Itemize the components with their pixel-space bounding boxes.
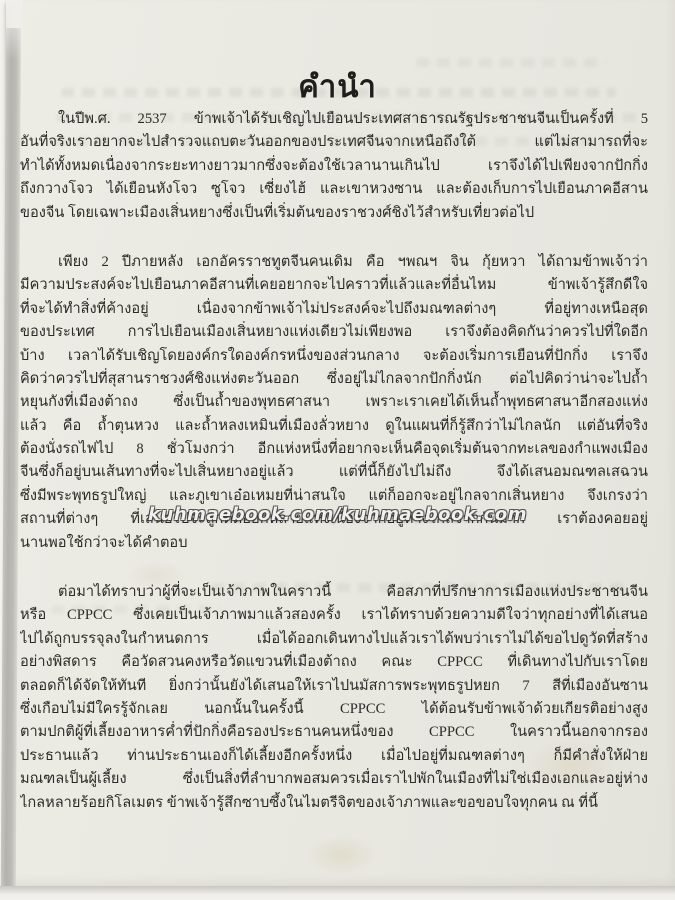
text-line: คิดว่าควรไปที่สุสานราชวงศ์ชิงแห่งตะวันออ… (20, 368, 648, 391)
text-line: ทำได้ทั้งหมดเนื่องจากระยะทางยาวมากซึ่งจะ… (20, 155, 648, 178)
page-title: คำนำ (0, 61, 675, 111)
text-line: อย่างพิสดาร คือวัดสวนคงหรือวัดแขวนที่เมื… (20, 651, 648, 674)
text-line: ที่จะได้ทำสิ่งที่ค้างอยู่ เนื่องจากข้าพเ… (20, 298, 648, 321)
body-text: ในปีพ.ศ. 2537 ข้าพเจ้าได้รับเชิญไปเยือนป… (20, 108, 648, 841)
text-line: ตามปกติผู้ที่เลี้ยงอาหารค่ำที่ปักกิ่งคือ… (20, 721, 648, 744)
text-line: ต้องนั่งรถไฟไป 8 ชั่วโมงกว่า อีกแห่งหนึ่… (20, 438, 648, 461)
paragraph: ในปีพ.ศ. 2537 ข้าพเจ้าได้รับเชิญไปเยือนป… (20, 108, 648, 225)
text-line: ในปีพ.ศ. 2537 ข้าพเจ้าได้รับเชิญไปเยือนป… (20, 108, 648, 131)
text-line: ต่อมาได้ทราบว่าผู้ที่จะเป็นเจ้าภาพในคราว… (20, 581, 648, 604)
text-line: ถึงกวางโจว ได้เยือนหังโจว ซูโจว เซี่ยงไฮ… (20, 178, 648, 201)
text-line: ประธานแล้ว ท่านประธานเองก็ได้เลี้ยงอีกคร… (20, 745, 648, 768)
paragraph: เพียง 2 ปีภายหลัง เอกอัครราชทูตจีนคนเดิม… (20, 251, 648, 555)
text-line: มีความประสงค์จะไปเยือนภาคอีสานที่เคยอยาก… (20, 274, 648, 297)
book-photo: { "page": { "title": "คำนำ", "watermark"… (0, 0, 675, 900)
text-line: มณฑลเป็นผู้เลี้ยง ซึ่งเป็นสิ่งที่ลำบากพอ… (20, 768, 648, 791)
text-line: อันที่จริงเราอยากจะไปสำรวจแถบตะวันออกของ… (20, 131, 648, 154)
text-line: ซึ่งเกือบไม่มีใครรู้จักเลย นอกนั้นในครั้… (20, 698, 648, 721)
text-line: ของจีน โดยเฉพาะเมืองเสิ่นหยางซึ่งเป็นที่… (20, 202, 648, 225)
text-line: เพียง 2 ปีภายหลัง เอกอัครราชทูตจีนคนเดิม… (20, 251, 648, 274)
text-line: ตลอดก็ได้จัดให้ทันที ยิ่งกว่านั้นยังได้เ… (20, 675, 648, 698)
page-bottom-edge (0, 886, 675, 900)
text-line: ไกลหลายร้อยกิโลเมตร ข้าพเจ้ารู้สึกซาบซึ้… (20, 792, 648, 815)
paper-stain (306, 835, 376, 875)
text-line: ไปได้ถูกบรรจุลงในกำหนดการ เมื่อได้ออกเดิ… (20, 628, 648, 651)
page-left-edge-fade (6, 0, 23, 60)
text-line: จีนซึ่งก็อยู่บนเส้นทางที่จะไปเสิ่นหยางอย… (20, 461, 648, 484)
text-line: ของประเทศ การไปเยือนเมืองเสิ่นหยางแห่งเด… (20, 321, 648, 344)
text-line: สถานที่ต่างๆ ที่เสนอไปจะถูกตัดออกหลายแห่… (20, 508, 648, 531)
text-line: แล้ว คือ ถ้ำตุนหวง และถ้ำหลงเหมินที่เมือ… (20, 415, 648, 438)
text-line: ซึ่งมีพระพุทธรูปใหญ่ และภูเขาเอ๋อเหมยที่… (20, 485, 648, 508)
text-line: หยุนกังที่เมืองต้าถง ซึ่งเป็นถ้ำของพุทธศ… (20, 391, 648, 414)
text-line: นานพอใช้กว่าจะได้คำตอบ (20, 532, 648, 555)
text-line: หรือ CPPCC ซึ่งเคยเป็นเจ้าภาพมาแล้วสองคร… (20, 604, 648, 627)
paragraph: ต่อมาได้ทราบว่าผู้ที่จะเป็นเจ้าภาพในคราว… (20, 581, 648, 815)
text-line: บ้าง เวลาได้รับเชิญโดยองค์กรใดองค์กรหนึ่… (20, 345, 648, 368)
